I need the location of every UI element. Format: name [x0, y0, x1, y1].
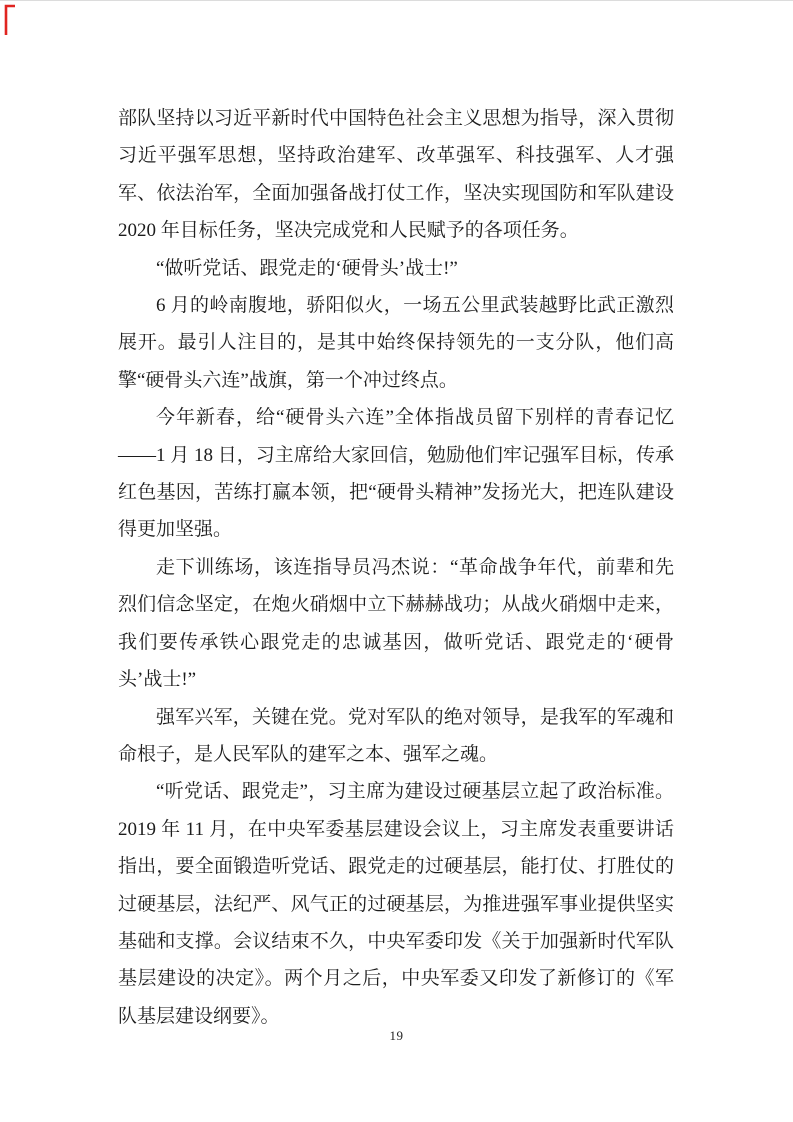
body-paragraph-4: 走下训练场，该连指导员冯杰说：“革命战争年代，前辈和先烈们信念坚定，在炮火硝烟中… — [118, 549, 674, 699]
body-paragraph-3: 今年新春，给“硬骨头六连”全体指战员留下别样的青春记忆——1 月 18 日，习主… — [118, 399, 674, 549]
document-page: 部队坚持以习近平新时代中国特色社会主义思想为指导，深入贯彻习近平强军思想，坚持政… — [0, 0, 793, 1122]
section-heading: “做听党话、跟党走的‘硬骨头’战士!” — [118, 250, 674, 287]
body-paragraph-continuation: 部队坚持以习近平新时代中国特色社会主义思想为指导，深入贯彻习近平强军思想，坚持政… — [118, 100, 674, 250]
body-paragraph-2: 6 月的岭南腹地，骄阳似火，一场五公里武装越野比武正激烈展开。最引人注目的，是其… — [118, 287, 674, 399]
document-body: 部队坚持以习近平新时代中国特色社会主义思想为指导，深入贯彻习近平强军思想，坚持政… — [118, 100, 674, 1035]
body-paragraph-6: “听党话、跟党走”，习主席为建设过硬基层立起了政治标准。2019 年 11 月，… — [118, 773, 674, 1035]
page-number: 19 — [0, 1028, 793, 1044]
body-paragraph-5: 强军兴军，关键在党。党对军队的绝对领导，是我军的军魂和命根子，是人民军队的建军之… — [118, 699, 674, 774]
red-corner-mark — [3, 3, 17, 37]
